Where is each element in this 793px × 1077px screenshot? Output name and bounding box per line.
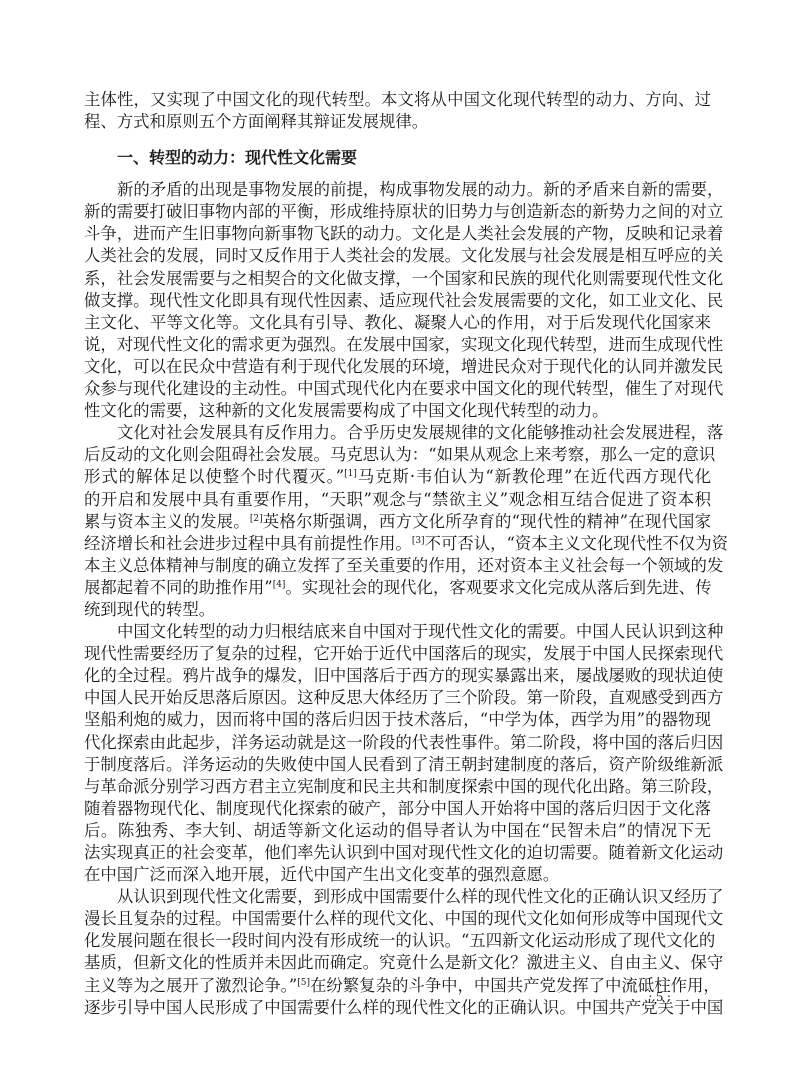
footnote-ref[interactable]: [4]	[273, 580, 286, 590]
section-heading: 一、转型的动力：现代性文化需要	[84, 147, 711, 169]
text-line: 形式的解体足以使整个时代覆灭。”[1]马克斯·韦伯认为“新教伦理”在近代西方现代…	[84, 466, 711, 488]
text-line: 逐步引导中国人民形成了中国需要什么样的现代性文化的正确认识。中国共产党关于中国	[84, 997, 711, 1019]
text-line: 主义等为之展开了激烈论争。”[5]在纷繁复杂的斗争中，中国共产党发挥了中流砥柱作…	[84, 975, 711, 997]
text-line: 与革命派分别学习西方君主立宪制度和民主共和制度探索中国的现代化出路。第三阶段，	[84, 776, 711, 798]
paragraph-2: 文化对社会发展具有反作用力。合乎历史发展规律的文化能够推动社会发展进程，落 后反…	[84, 422, 711, 621]
text-line: 在中国广泛而深入地开展，近代中国产生出文化变革的强烈意愿。	[84, 864, 711, 886]
text-line: 程、方式和原则五个方面阐释其辩证发展规律。	[84, 111, 711, 133]
text-line: 本主义总体精神与制度的确立发挥了至关重要的作用，还对资本主义社会每一个领域的发	[84, 555, 711, 577]
text-line: 累与资本主义的发展。[2]英格尔斯强调，西方文化所孕育的“现代性的精神”在现代国…	[84, 511, 711, 533]
text-line: 主文化、平等文化等。文化具有引导、教化、凝聚人心的作用，对于后发现代化国家来	[84, 312, 711, 334]
text-line: 化发展问题在很长一段时间内没有形成统一的认识。“五四新文化运动形成了现代文化的	[84, 930, 711, 952]
footnote-ref[interactable]: [2]	[250, 514, 263, 524]
text-line: 法实现真正的社会变革，他们率先认识到中国对现代性文化的迫切需要。随着新文化运动	[84, 842, 711, 864]
page-body: 主体性，又实现了中国文化的现代转型。本文将从中国文化现代转型的动力、方向、过 程…	[84, 89, 711, 1019]
text-line: 现代性需要经历了复杂的过程，它开始于近代中国落后的现实，发展于中国人民探索现代	[84, 643, 711, 665]
text-line: 说，对现代性文化的需求更为强烈。在发展中国家，实现文化现代转型，进而生成现代性	[84, 334, 711, 356]
text-line: 漫长且复杂的过程。中国需要什么样的现代文化、中国的现代文化如何形成等中国现代文	[84, 908, 711, 930]
text-line: 坚船利炮的威力，因而将中国的落后归因于技术落后，“中学为体，西学为用”的器物现	[84, 709, 711, 731]
text-line: 随着器物现代化、制度现代化探索的破产，部分中国人开始将中国的落后归因于文化落	[84, 798, 711, 820]
text-line: 中国人民开始反思落后原因。这种反思大体经历了三个阶段。第一阶段，直观感受到西方	[84, 687, 711, 709]
text-line: 后。陈独秀、李大钊、胡适等新文化运动的倡导者认为中国在“民智未启”的情况下无	[84, 820, 711, 842]
text-line: 从认识到现代性文化需要，到形成中国需要什么样的现代性文化的正确认识又经历了	[84, 886, 711, 908]
text-line: 文化对社会发展具有反作用力。合乎历史发展规律的文化能够推动社会发展进程，落	[84, 422, 711, 444]
text-line: 主体性，又实现了中国文化的现代转型。本文将从中国文化现代转型的动力、方向、过	[84, 89, 711, 111]
text-line: 基质，但新文化的性质并未因此而确定。究竟什么是新文化？激进主义、自由主义、保守	[84, 952, 711, 974]
text-line: 新的矛盾的出现是事物发展的前提，构成事物发展的动力。新的矛盾来自新的需要，	[84, 179, 711, 201]
text-line: 新的需要打破旧事物内部的平衡，形成维持原状的旧势力与创造新态的新势力之间的对立	[84, 201, 711, 223]
text-line: 人类社会的发展，同时又反作用于人类社会的发展。文化发展与社会发展是相互呼应的关	[84, 245, 711, 267]
text-line: 文化，可以在民众中营造有利于现代化发展的环境，增进民众对于现代化的认同并激发民	[84, 356, 711, 378]
paragraph-1: 新的矛盾的出现是事物发展的前提，构成事物发展的动力。新的矛盾来自新的需要， 新的…	[84, 179, 711, 422]
text-line: 中国文化转型的动力归根结底来自中国对于现代性文化的需要。中国人民认识到这种	[84, 621, 711, 643]
text-line: 后反动的文化则会阻碍社会发展。马克思认为：“如果从观念上来考察，那么一定的意识	[84, 444, 711, 466]
intro-paragraph: 主体性，又实现了中国文化的现代转型。本文将从中国文化现代转型的动力、方向、过 程…	[84, 89, 711, 133]
text-line: 斗争，进而产生旧事物向新事物飞跃的动力。文化是人类社会发展的产物，反映和记录着	[84, 223, 711, 245]
text-line: 经济增长和社会进步过程中具有前提性作用。[3]不可否认，“资本主义文化现代性不仅…	[84, 533, 711, 555]
text-line: 做支撑。现代性文化即具有现代性因素、适应现代社会发展需要的文化，如工业文化、民	[84, 290, 711, 312]
text-line: 的开启和发展中具有重要作用，“天职”观念与“禁欲主义”观念相互结合促进了资本积	[84, 489, 711, 511]
page-number: · 5 ·	[648, 990, 671, 1006]
footnote-ref[interactable]: [5]	[297, 978, 310, 988]
text-line: 于制度落后。洋务运动的失败使中国人民看到了清王朝封建制度的落后，资产阶级维新派	[84, 754, 711, 776]
text-line: 统到现代的转型。	[84, 599, 711, 621]
paragraph-3: 中国文化转型的动力归根结底来自中国对于现代性文化的需要。中国人民认识到这种 现代…	[84, 621, 711, 886]
text-line: 系，社会发展需要与之相契合的文化做支撑，一个国家和民族的现代化则需要现代性文化	[84, 268, 711, 290]
text-line: 代化探索由此起步，洋务运动就是这一阶段的代表性事件。第二阶段，将中国的落后归因	[84, 732, 711, 754]
footnote-ref[interactable]: [1]	[344, 469, 357, 479]
text-line: 众参与现代化建设的主动性。中国式现代化内在要求中国文化的现代转型，催生了对现代	[84, 378, 711, 400]
paragraph-4: 从认识到现代性文化需要，到形成中国需要什么样的现代性文化的正确认识又经历了 漫长…	[84, 886, 711, 1019]
text-line: 展都起着不同的助推作用”[4]。实现社会的现代化，客观要求文化完成从落后到先进、…	[84, 577, 711, 599]
text-line: 性文化的需要，这种新的文化发展需要构成了中国文化现代转型的动力。	[84, 400, 711, 422]
footnote-ref[interactable]: [3]	[412, 536, 425, 546]
text-line: 化的全过程。鸦片战争的爆发，旧中国落后于西方的现实暴露出来，屡战屡败的现状迫使	[84, 665, 711, 687]
